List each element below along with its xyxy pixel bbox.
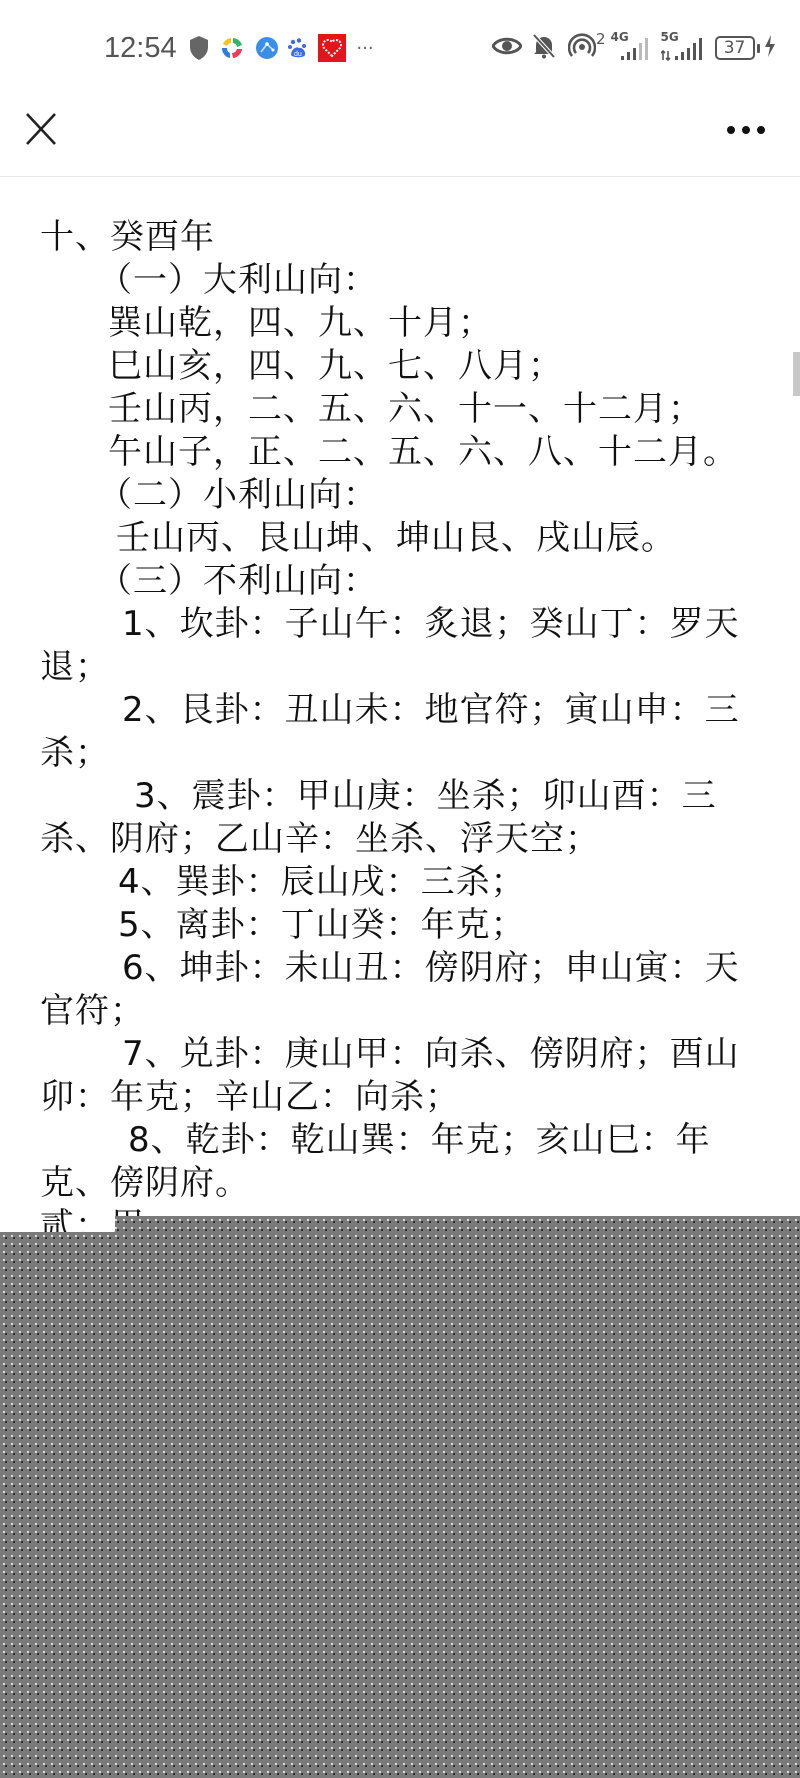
signal-5g-icon: 5G (661, 34, 703, 62)
list-item: 1、坎卦：子山午：炙退；癸山丁：罗天 (122, 603, 740, 646)
list-item: 巽山乾，四、九、十月； (108, 302, 493, 345)
more-button[interactable] (722, 118, 770, 142)
list-item-continuation: 卯：年克；辛山乙：向杀； (40, 1076, 460, 1119)
list-item: 7、兑卦：庚山甲：向杀、傍阴府；酉山 (122, 1033, 740, 1076)
subsection-heading: （一）大利山向： (98, 259, 378, 302)
more-icon-dot (727, 126, 735, 134)
status-bar: 12:54 du ··· 2 4G (0, 0, 800, 96)
battery-icon: 37 (715, 36, 760, 60)
list-item-continuation: 退； (40, 646, 110, 689)
list-item-continuation: 杀； (40, 732, 110, 775)
list-item-continuation: 杀、阴府；乙山辛：坐杀、浮天空； (40, 818, 600, 861)
list-item-continuation: 克、傍阴府。 (40, 1162, 250, 1205)
svg-text:du: du (294, 51, 302, 58)
browser-globe-icon (254, 34, 280, 62)
more-icon-dot (757, 126, 765, 134)
masked-region (0, 1216, 800, 1778)
red-heart-app-icon (318, 34, 346, 62)
list-item-continuation: 官符； (40, 990, 145, 1033)
scrollbar[interactable] (793, 352, 800, 396)
list-item: 壬山丙，二、五、六、十一、十二月； (108, 388, 703, 431)
signal-4g-icon: 4G (611, 34, 651, 62)
subsection-heading: （二）小利山向： (98, 474, 378, 517)
baidu-paw-icon: du (287, 34, 309, 62)
eye-icon (492, 35, 522, 61)
list-item: 8、乾卦：乾山巽：年克；亥山巳：年 (128, 1119, 711, 1162)
section-heading: 十、癸酉年 (40, 216, 215, 259)
list-item: 4、巽卦：辰山戌：三杀； (118, 861, 526, 904)
hotspot-icon (568, 33, 596, 63)
close-icon (22, 110, 60, 148)
nav-bar (0, 96, 800, 177)
close-button[interactable] (22, 110, 60, 148)
more-icon-dot (742, 126, 750, 134)
list-item: 3、震卦：甲山庚：坐杀；卯山酉：三 (134, 775, 717, 818)
list-item: 壬山丙、艮山坤、坤山艮、戌山辰。 (116, 517, 676, 560)
bell-muted-icon (532, 33, 556, 63)
list-item: 5、离卦：丁山癸：年克； (118, 904, 526, 947)
list-item: 巳山亥，四、九、七、八月； (108, 345, 563, 388)
subsection-heading: （三）不利山向： (98, 560, 378, 603)
more-notifications-icon: ··· (354, 34, 376, 62)
status-time: 12:54 (104, 32, 177, 65)
colorful-app-icon (218, 34, 246, 62)
shield-icon (188, 34, 210, 62)
charging-icon (764, 35, 776, 61)
list-item: 2、艮卦：丑山未：地官符；寅山申：三 (122, 689, 740, 732)
hotspot-count: 2 (596, 30, 606, 48)
status-right-group: 2 4G 5G 37 (492, 34, 776, 62)
list-item: 6、坤卦：未山丑：傍阴府；申山寅：天 (122, 947, 740, 990)
list-item: 午山子，正、二、五、六、八、十二月。 (108, 431, 738, 474)
